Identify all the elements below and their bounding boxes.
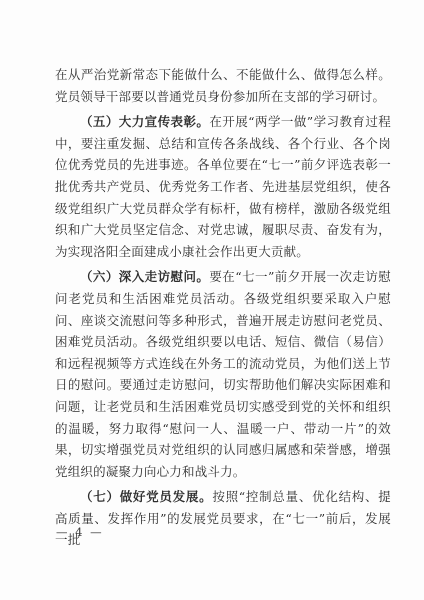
document-body: 在从严治党新常态下能做什么、不能做什么、做得怎么样。党员领导干部要以普通党员身份…	[55, 64, 391, 551]
paragraph-text: 在开展“两学一做”学习教育过程中，要注重发掘、总结和宣传各条战线、各个行业、各个…	[55, 114, 391, 259]
paragraph-lead-6: （六）深入走访慰问。	[80, 269, 209, 284]
page-number: — 4 —	[56, 525, 104, 539]
paragraph-text: 在从严治党新常态下能做什么、不能做什么、做得怎么样。党员领导干部要以普通党员身份…	[55, 67, 391, 104]
paragraph-lead-7: （七）做好党员发展。	[80, 489, 212, 504]
paragraph-continuation: 在从严治党新常态下能做什么、不能做什么、做得怎么样。党员领导干部要以普通党员身份…	[55, 64, 391, 107]
paragraph-item-5: （五）大力宣传表彰。在开展“两学一做”学习教育过程中，要注重发掘、总结和宣传各条…	[55, 111, 391, 262]
paragraph-lead-5: （五）大力宣传表彰。	[80, 114, 209, 129]
paragraph-text: 要在“七一”前夕开展一次走访慰问老党员和生活困难党员活动。各级党组织要采取入户慰…	[55, 269, 391, 478]
paragraph-item-7: （七）做好党员发展。按照“控制总量、优化结构、提高质量、发挥作用”的发展党员要求…	[55, 486, 391, 551]
paragraph-item-6: （六）深入走访慰问。要在“七一”前夕开展一次走访慰问老党员和生活困难党员活动。各…	[55, 266, 391, 482]
document-page: 在从严治党新常态下能做什么、不能做什么、做得怎么样。党员领导干部要以普通党员身份…	[0, 0, 424, 600]
